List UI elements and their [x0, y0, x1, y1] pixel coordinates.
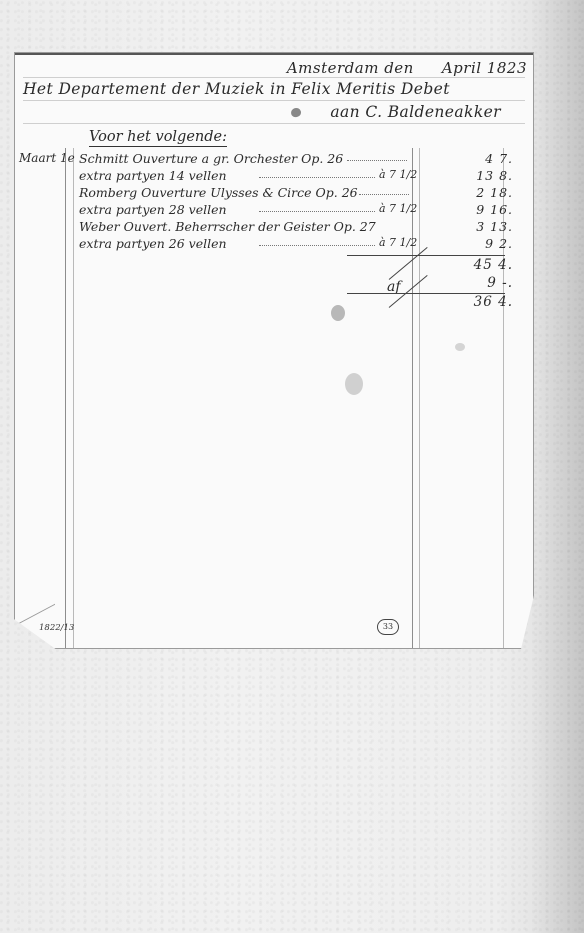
item-amount: 9 16.	[476, 202, 513, 217]
ink-smudge	[455, 343, 465, 351]
item-rate: à 7 1/2	[379, 168, 417, 181]
line-item: extra partyen 28 vellen à 7 1/2 9 16.	[79, 202, 519, 219]
folio-number: 33	[377, 619, 399, 635]
creditor-line: aan C. Baldeneakker	[330, 103, 501, 121]
ruled-line	[23, 123, 525, 124]
subtotal-rule	[347, 255, 505, 256]
debtor-line: Het Departement der Muziek in Felix Meri…	[23, 80, 450, 98]
line-item: Schmitt Ouverture a gr. Orchester Op. 26…	[79, 151, 519, 168]
place: Amsterdam den	[287, 59, 414, 77]
dot-leader	[359, 194, 409, 195]
month-label: Maart 1e	[19, 151, 75, 165]
ink-stain	[290, 107, 302, 118]
line-item: Weber Ouvert. Beherrscher der Geister Op…	[79, 219, 519, 236]
line-item: extra partyen 26 vellen à 7 1/2 9 2.	[79, 236, 519, 253]
item-description: extra partyen 26 vellen	[79, 236, 227, 251]
item-amount: 4 7.	[485, 151, 513, 166]
dot-leader	[259, 177, 375, 178]
line-item: Romberg Ouverture Ulysses & Circe Op. 26…	[79, 185, 519, 202]
dot-leader	[259, 245, 375, 246]
item-amount: 13 8.	[476, 168, 513, 183]
item-amount: 3 13.	[476, 219, 513, 234]
dot-leader	[259, 211, 375, 212]
deduction-amount: 9 -.	[487, 275, 513, 291]
section-heading: Voor het volgende:	[89, 129, 227, 147]
ruled-line	[23, 100, 525, 101]
margin-rule-left	[65, 148, 66, 648]
item-amount: 9 2.	[485, 236, 513, 251]
item-description: Weber Ouvert. Beherrscher der Geister Op…	[79, 219, 376, 234]
total-amount: 36 4.	[474, 294, 513, 310]
ruled-line	[23, 77, 525, 78]
month-year: April 1823	[442, 59, 527, 77]
line-item: extra partyen 14 vellen à 7 1/2 13 8.	[79, 168, 519, 185]
line-items: Schmitt Ouverture a gr. Orchester Op. 26…	[79, 151, 519, 253]
margin-rule-left-inner	[73, 148, 74, 648]
subtotal-amount: 45 4.	[474, 257, 513, 273]
invoice-sheet: Amsterdam denApril 1823 Het Departement …	[14, 52, 534, 649]
top-border	[15, 53, 533, 55]
item-description: Romberg Ouverture Ulysses & Circe Op. 26	[79, 185, 358, 200]
ink-blot	[331, 305, 345, 321]
item-description: extra partyen 14 vellen	[79, 168, 227, 183]
ink-smudge	[345, 373, 363, 395]
item-amount: 2 18.	[476, 185, 513, 200]
scan-edge-shadow	[530, 0, 584, 933]
item-description: extra partyen 28 vellen	[79, 202, 227, 217]
item-rate: à 7 1/2	[379, 236, 417, 249]
item-rate: à 7 1/2	[379, 202, 417, 215]
place-date-line: Amsterdam denApril 1823	[287, 59, 527, 77]
dot-leader	[347, 160, 407, 161]
item-description: Schmitt Ouverture a gr. Orchester Op. 26	[79, 151, 343, 166]
